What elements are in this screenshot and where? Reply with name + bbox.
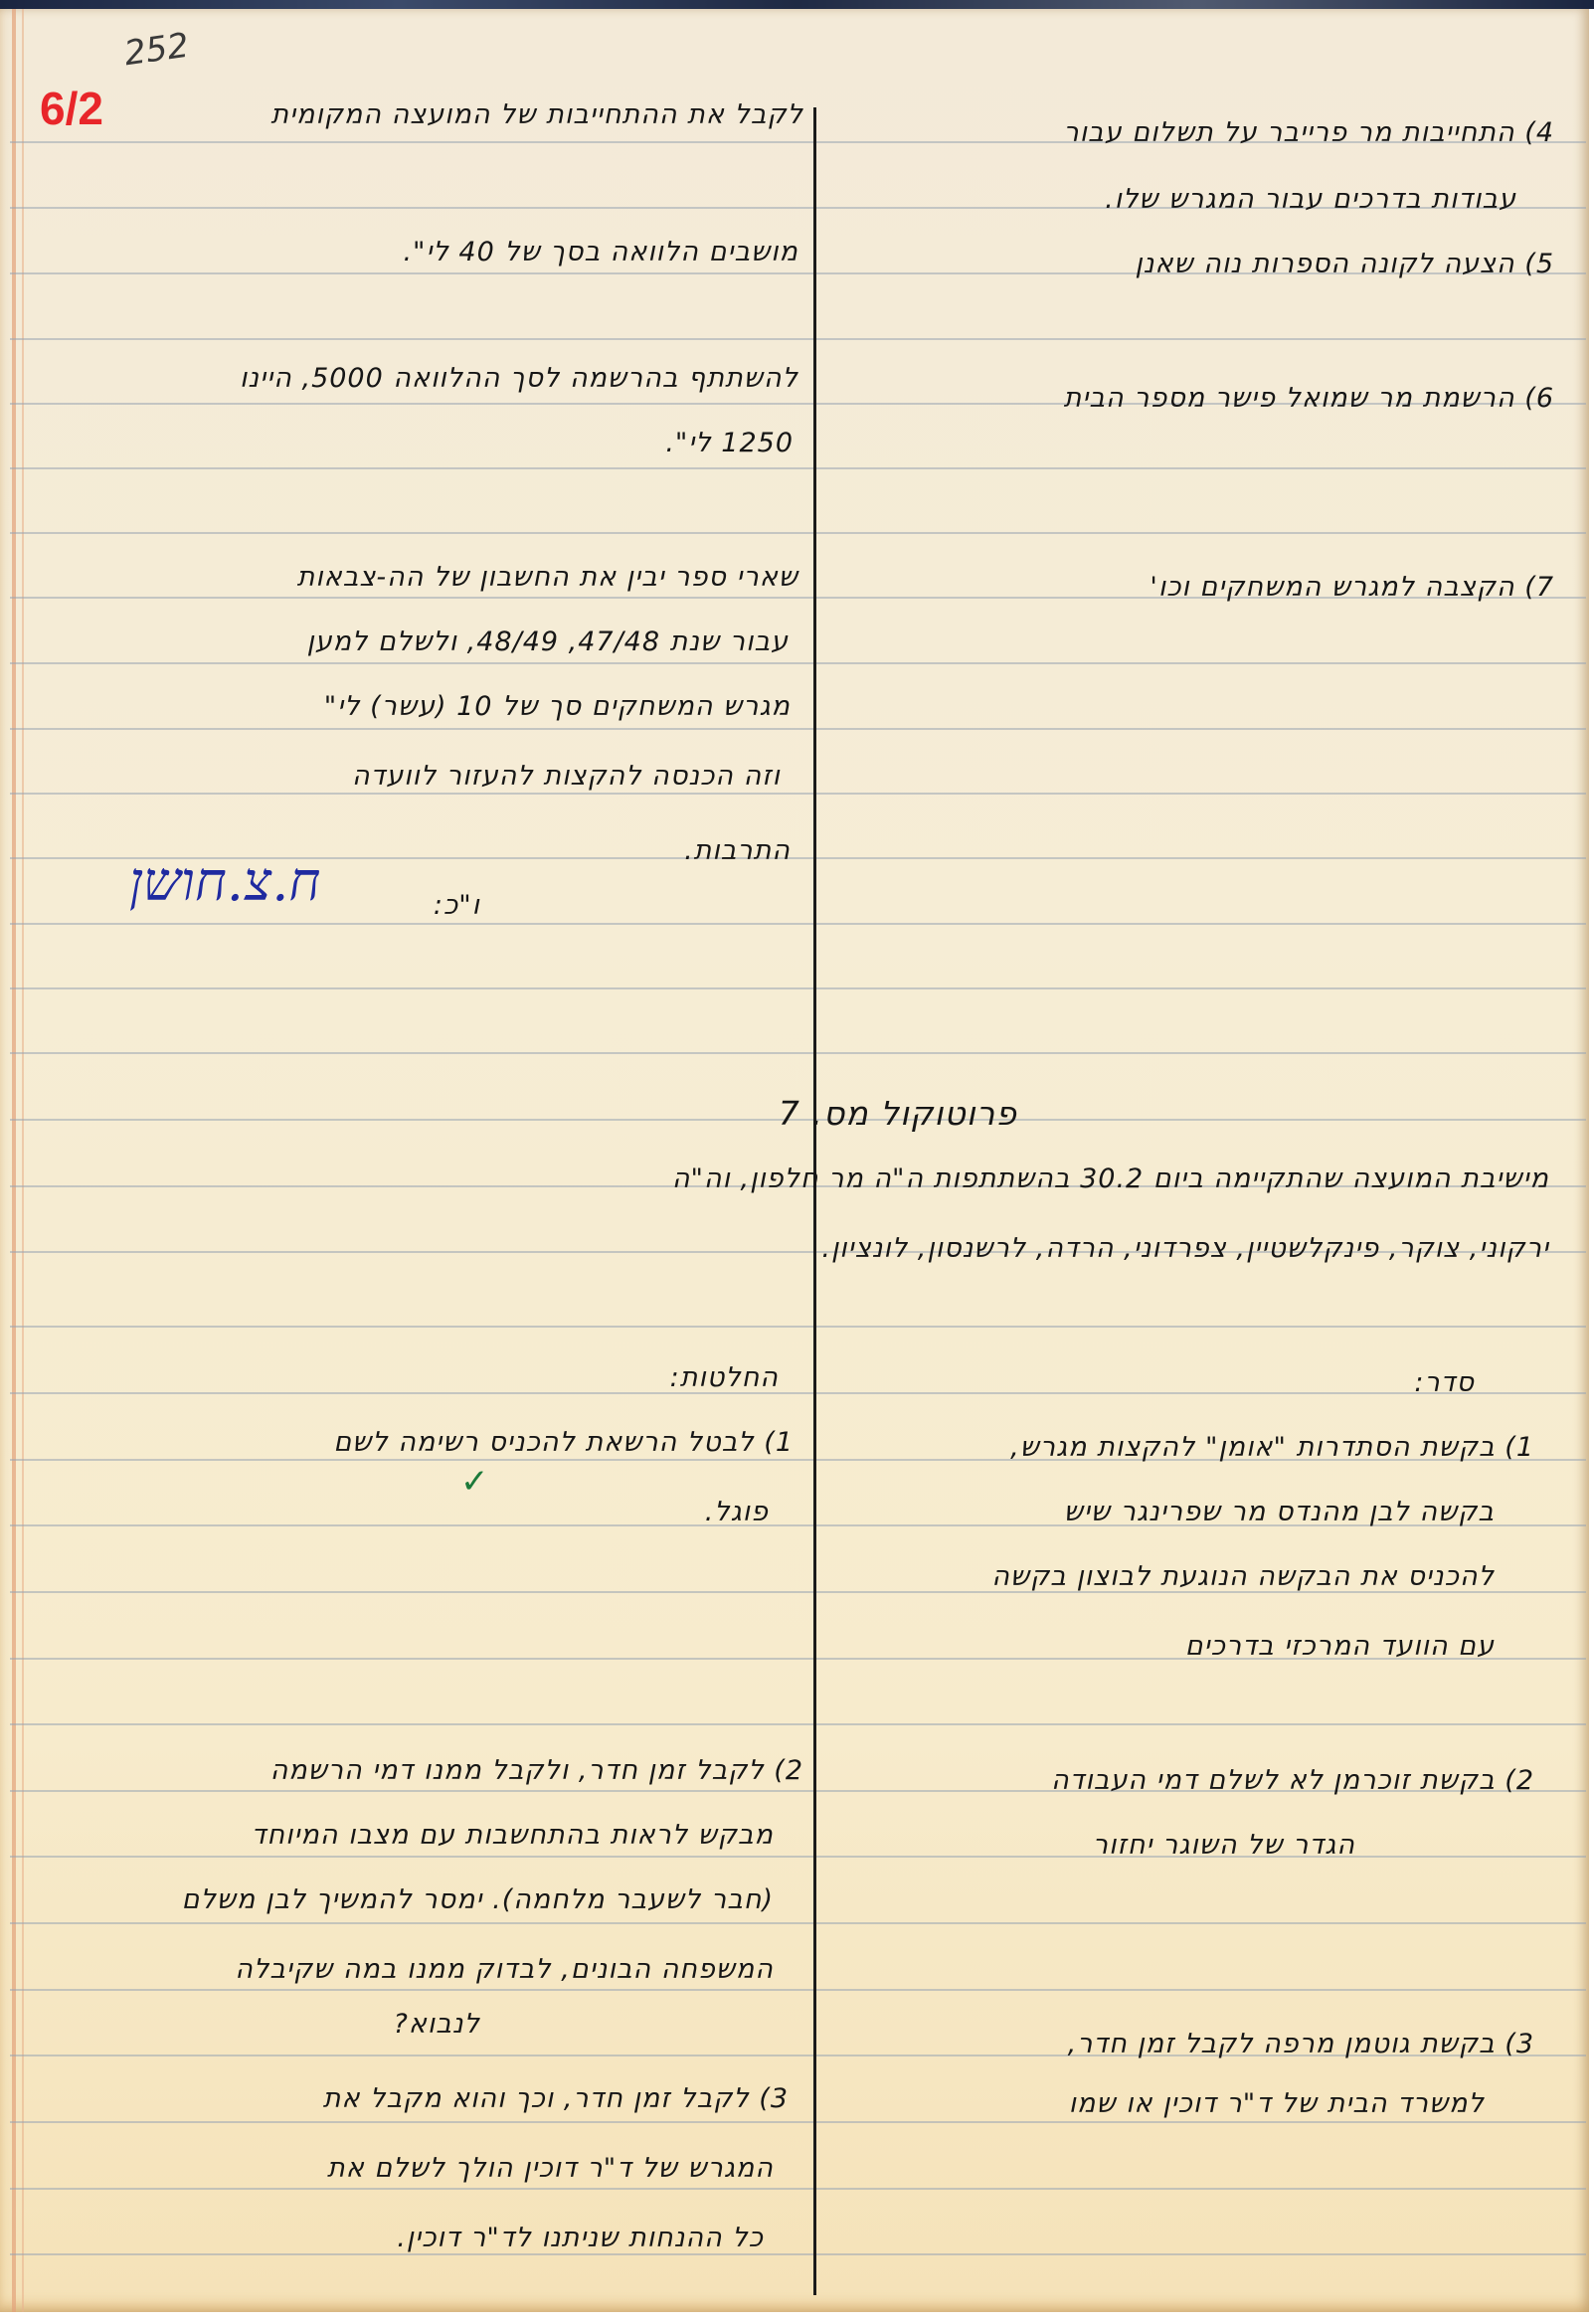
ruled-line xyxy=(10,1922,1586,1924)
agenda-label: סדר: xyxy=(1414,1367,1475,1399)
left-line: לקבל את ההתחייבות של המועצה המקומית xyxy=(270,99,803,131)
left-line: וזה הכנסה להקצות להעזור לוועדה xyxy=(352,761,781,793)
agenda-item: למשרד הבית של ד"ר דוכין או שמו xyxy=(1069,2088,1485,2120)
left-line: מגרש המשחקים סך של 10 (עשר) לי" xyxy=(324,691,791,723)
signature-label: ו"כ: xyxy=(434,890,480,922)
agenda-item: 2) בקשת זוכרמן לא לשלם דמי העבודה xyxy=(1051,1765,1534,1797)
protocol-header-line: ירקוני, צוקר, פינקלשטיין, צפרדוני, הרדה,… xyxy=(821,1233,1549,1265)
right-item: 6) הרשמת מר שמואל פישר מספר הבית xyxy=(1064,383,1554,415)
left-line: להשתתף בהרשמה לסך ההלוואה 5000, היינו xyxy=(240,363,798,395)
right-item: 7) הקצבה למגרש המשחקים וכו' xyxy=(1150,572,1554,604)
decisions-label: החלטות: xyxy=(670,1362,779,1394)
ruled-line xyxy=(10,662,1586,664)
ruled-line xyxy=(10,2188,1586,2190)
ruled-line xyxy=(10,793,1586,795)
left-line: 1250 לי". xyxy=(665,428,794,459)
ruled-line xyxy=(10,1326,1586,1328)
protocol-title: פרוטוקול מס. 7 xyxy=(779,1094,1017,1134)
agenda-item: 3) בקשת גוטמן מרפה לקבל זמן חדר, xyxy=(1068,2029,1534,2060)
ruled-line xyxy=(10,2121,1586,2123)
right-item: 4) התחייבות מר פרייבר על תשלום עבור xyxy=(1064,117,1554,149)
decision-item: 3) לקבל זמן חדר, וכך והוא מקבל את xyxy=(323,2083,789,2115)
decision-item: לנבוא? xyxy=(393,2009,480,2041)
column-divider xyxy=(813,107,816,2295)
decision-item: המשפחה הבונים, לבדוק ממנו במה שקיבלה xyxy=(235,1954,774,1986)
ruled-line xyxy=(10,987,1586,989)
agenda-item: להכניס את הבקשה הנוגעת לבוצון בקשה xyxy=(991,1561,1495,1593)
check-mark-icon: ✓ xyxy=(460,1462,489,1502)
agenda-item: הגדר של השוגר יחזור xyxy=(1093,1830,1355,1862)
decision-item: (חבר לשעבר מלחמה). ימסר להמשיך לבן משלם xyxy=(182,1884,774,1916)
decision-item: 2) לקבל זמן חדר, ולקבל ממנו דמי הרשמה xyxy=(270,1755,803,1787)
ruled-line xyxy=(10,2253,1586,2255)
left-margin-line-2 xyxy=(22,9,24,2312)
decision-item: המגרש של ד"ר דוכין הולך לשלם את xyxy=(327,2153,774,2185)
decision-item: כל ההנחות שניתנו לד"ר דוכין. xyxy=(397,2223,764,2254)
page-reference: 6/2 xyxy=(40,82,103,135)
scan-top-edge xyxy=(0,0,1594,9)
decision-item: 1) לבטל הרשאת להכניס רשימה לשם xyxy=(333,1427,794,1459)
ruled-line xyxy=(10,728,1586,730)
ruled-line xyxy=(10,467,1586,469)
ruled-line xyxy=(10,532,1586,534)
agenda-item: 1) בקשת הסתדרות "אומן" להקצות מגרש, xyxy=(1010,1432,1534,1464)
left-line: שארי ספר יבין את החשבון של הה-צבאות xyxy=(297,562,798,594)
left-margin-line xyxy=(12,9,16,2312)
ruled-line xyxy=(10,1723,1586,1725)
decision-item: פוגל. xyxy=(705,1497,769,1528)
ruled-line xyxy=(10,338,1586,340)
ruled-line xyxy=(10,923,1586,925)
ruled-line xyxy=(10,1989,1586,1991)
agenda-item: עם הוועד המרכזי בדרכים xyxy=(1185,1631,1495,1663)
signature: ח.צ.חושן xyxy=(129,850,320,913)
ruled-line xyxy=(10,1052,1586,1054)
protocol-header-line: מישיבת המועצה שהתקיימה ביום 30.2 בהשתתפו… xyxy=(672,1163,1549,1195)
right-item: 5) הצעה לקונה הספרות נוה שאנן xyxy=(1135,249,1554,280)
left-line: התרבות. xyxy=(684,835,791,867)
agenda-item: בקשה לבן מהנדס מר שפרינגר שיש xyxy=(1064,1497,1495,1528)
left-line: עבור שנת 47/48, 48/49, ולשלם למען xyxy=(306,626,789,658)
ruled-line xyxy=(10,1392,1586,1394)
right-item: עבודות בדרכים עבור המגרש שלו. xyxy=(1105,184,1516,216)
decision-item: מבקש לראות בהתחשבות עם מצבו המיוחד xyxy=(252,1820,774,1852)
left-line: מושבים הלוואה בסך של 40 לי". xyxy=(403,237,798,268)
